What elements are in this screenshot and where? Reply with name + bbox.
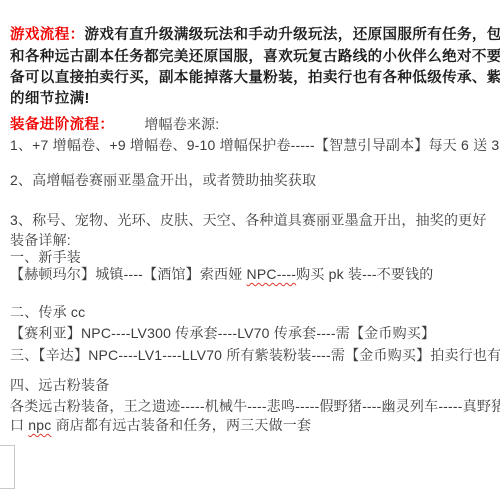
intro-line-2: 和各种远古副本任务都完美还原国服，喜欢玩复古路线的小伙伴么绝对不要错过了	[10, 47, 500, 67]
upgrade-item-2: 2、高增幅卷赛丽亚墨盒开出，或者赞助抽奖获取	[10, 170, 316, 190]
ancient-line-2: 口 npc 商店都有远古装备和任务，两三天做一套	[10, 415, 311, 435]
ancient-line-2-pre: 口	[10, 417, 28, 433]
upgrade-item-3: 3、称号、宠物、光环、皮肤、天空、各种道具赛丽亚墨盒开出，抽奖的更好	[10, 210, 487, 230]
intro-line-3: 备可以直接拍卖行买，副本能掉落大量粉装，拍卖行也有各种低级传承、紫装、粉	[10, 68, 500, 88]
newbie-npc-spellcheck: NPC----	[247, 266, 297, 282]
ancient-line-2-post: 商店都有远古装备和任务，两三天做一套	[51, 417, 311, 433]
inherit-title: 二、传承 cc	[10, 302, 85, 322]
newbie-line: 【赫顿玛尔】城镇----【酒馆】索西娅 NPC----购买 pk 装---不要钱…	[10, 264, 434, 284]
newbie-line-pre: 【赫顿玛尔】城镇----【酒馆】索西娅	[10, 266, 247, 282]
newbie-line-post: 购买 pk 装---不要钱的	[296, 266, 433, 282]
sailiya-line: 【赛利亚】NPC----LV300 传承套----LV70 传承套----需【金…	[10, 323, 435, 343]
clipped-text-frame	[0, 445, 15, 489]
document-page[interactable]: 游戏流程：游戏有直升级满级玩法和手动升级玩法，还原国服所有任务，包含泰拉 和各种…	[0, 0, 500, 500]
intro-line-1: 游戏流程：游戏有直升级满级玩法和手动升级玩法，还原国服所有任务，包含泰拉	[10, 25, 500, 45]
upgrade-item-1: 1、+7 增幅卷、+9 增幅卷、9-10 增幅保护卷-----【智慧引导副本】每…	[10, 135, 500, 155]
ancient-title: 四、远古粉装备	[10, 375, 109, 395]
intro-line-1-text: 游戏有直升级满级玩法和手动升级玩法，还原国服所有任务，包含泰拉	[85, 27, 500, 43]
upgrade-heading-line: 装备进阶流程：增幅卷来源:	[10, 114, 219, 135]
ancient-npc-spellcheck: npc	[28, 417, 51, 433]
xinda-line: 三、【辛达】NPC----LV1----LLV70 所有紫装粉装----需【金币…	[10, 345, 500, 365]
upgrade-label: 装备进阶流程：	[10, 117, 114, 133]
ancient-line-1: 各类远古粉装备，王之遗迹-----机械牛----悲鸣-----假野猪----幽灵…	[10, 396, 500, 416]
intro-label: 游戏流程：	[10, 27, 85, 43]
scroll-source-title: 增幅卷来源:	[144, 116, 219, 132]
intro-line-4: 的细节拉满!	[10, 89, 90, 109]
